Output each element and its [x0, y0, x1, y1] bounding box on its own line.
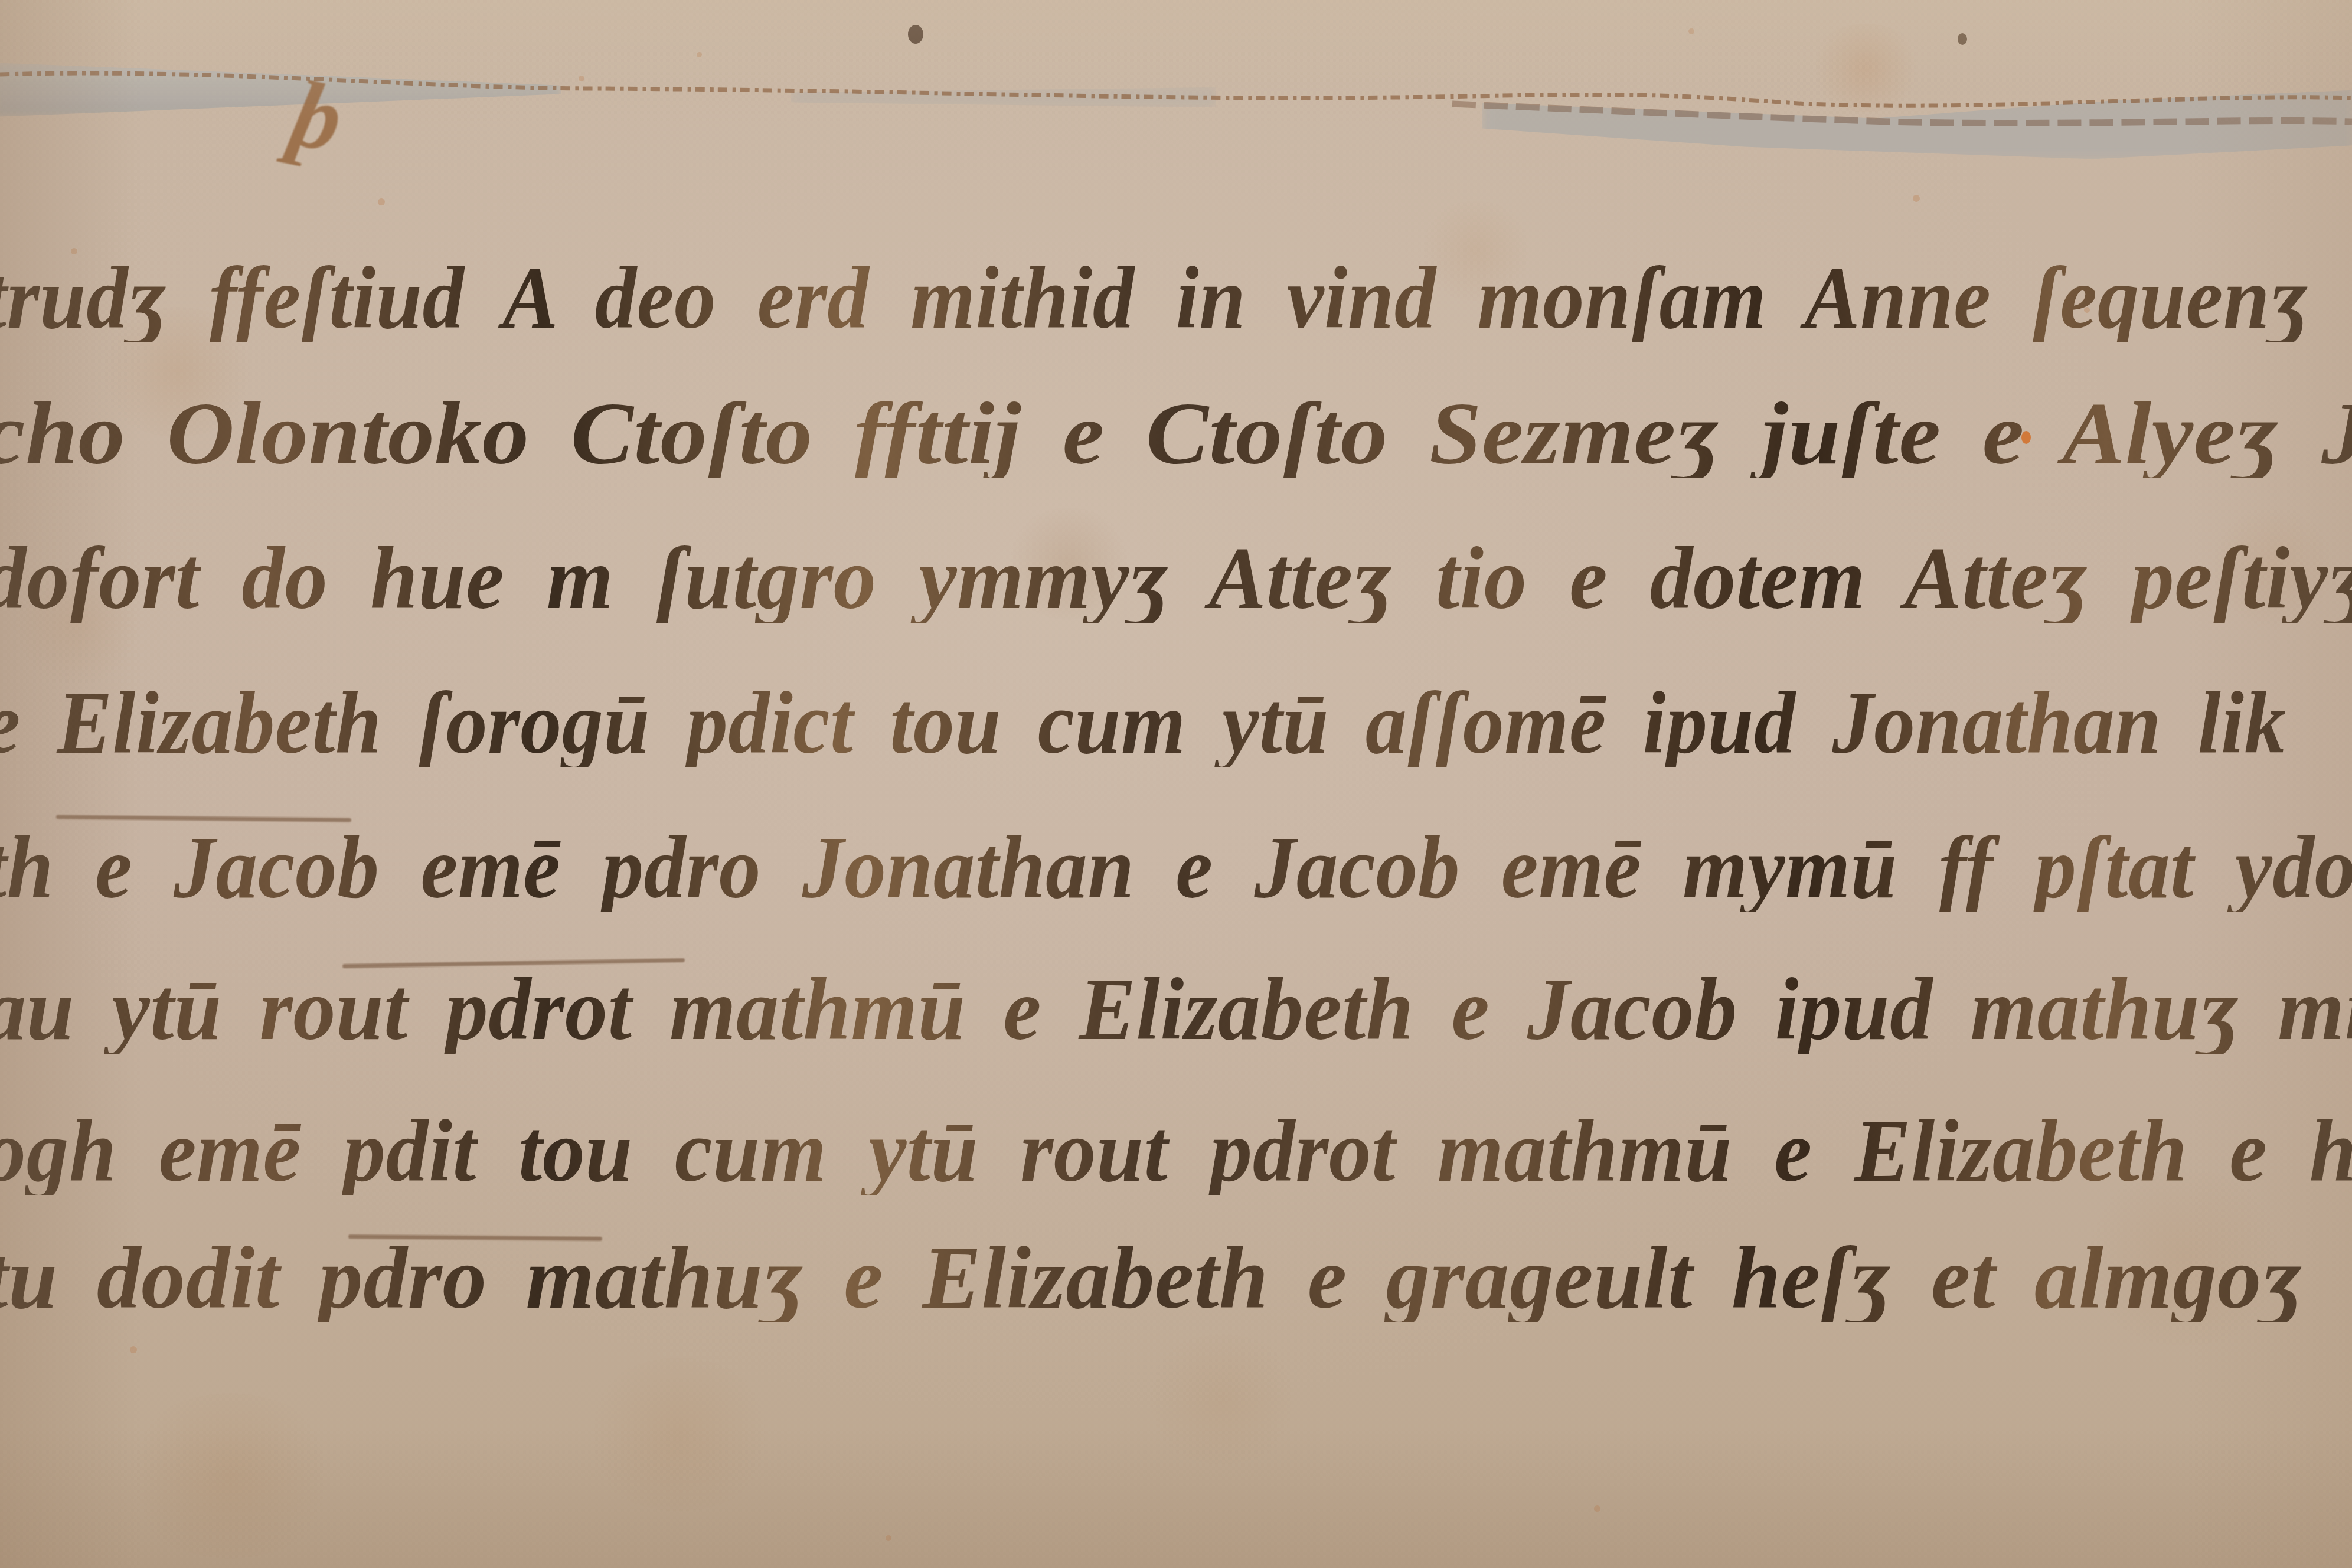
stain [579, 1358, 779, 1511]
manuscript-line: trudʒ ffeſtiud A deo erd mithid in vind … [0, 254, 2309, 342]
manuscript-line: au ytū rout pdrot mathmū e Elizabeth e J… [0, 965, 2352, 1054]
manuscript-line: dofort do hue m ſutgro ymmyʒ Atteʒ tio e… [0, 534, 2352, 623]
manuscript-line: cho Olontoko Ctoſto ffttij e Ctoſto Sezm… [0, 390, 2352, 478]
rust-freckle [1594, 1505, 1600, 1512]
ink-dot [908, 25, 923, 44]
manuscript-line: e Elizabeth ſorogū pdict tou cum ytū aſſ… [0, 679, 2286, 767]
parchment-photo: þ trudʒ ffeſtiud A deo erd mithid in vin… [0, 0, 2352, 1568]
fold-crease [0, 0, 2352, 248]
rust-freckle [130, 1346, 137, 1353]
stain [118, 1393, 342, 1559]
rust-freckle [886, 1535, 891, 1541]
stain [1139, 1334, 1305, 1464]
manuscript-line: th e Jacob emē pdro Jonathan e Jacob emē… [0, 824, 2352, 912]
manuscript-line: ogh emē pdit tou cum ytū rout pdrot math… [0, 1107, 2352, 1195]
ink-dot [1958, 33, 1967, 45]
manuscript-line: tu dodit pdro mathuʒ e Elizabeth e grage… [0, 1234, 2304, 1322]
